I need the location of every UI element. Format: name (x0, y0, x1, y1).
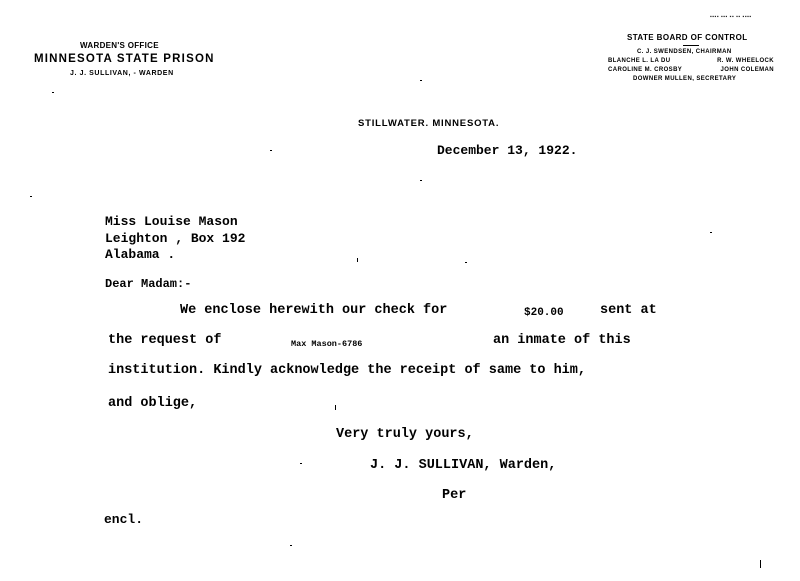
board-member: BLANCHE L. LA DU (608, 58, 671, 64)
board-title: STATE BOARD OF CONTROL (627, 33, 748, 42)
recipient-name: Miss Louise Mason (105, 214, 238, 229)
scan-speck (335, 405, 336, 410)
scan-speck (465, 262, 467, 263)
signature: J. J. SULLIVAN, Warden, (370, 458, 556, 473)
scan-speck (30, 196, 32, 197)
body-line-2: the request of (108, 333, 221, 348)
board-chairman: C. J. SWENDSEN, CHAIRMAN (637, 49, 732, 55)
place-line: STILLWATER. MINNESOTA. (358, 118, 499, 129)
scan-speck (710, 232, 712, 233)
body-line-1-end: sent at (600, 303, 657, 318)
scan-speck (760, 560, 761, 568)
board-divider (683, 45, 699, 46)
letterhead-warden: J. J. SULLIVAN, - WARDEN (70, 70, 174, 77)
board-member: CAROLINE M. CROSBY (608, 67, 682, 73)
scan-speck (270, 150, 272, 151)
letter-date: December 13, 1922. (437, 143, 577, 158)
body-line-2-end: an inmate of this (493, 333, 631, 348)
board-members-row: BLANCHE L. LA DU R. W. WHEELOCK (608, 58, 774, 64)
scan-speck (420, 180, 422, 181)
board-secretary: DOWNER MULLEN, SECRETARY (633, 76, 736, 82)
enclosure-note: encl. (104, 512, 143, 527)
board-members-row: CAROLINE M. CROSBY JOHN COLEMAN (608, 67, 774, 73)
recipient-state: Alabama . (105, 247, 175, 262)
scan-speck (357, 258, 358, 262)
closing: Very truly yours, (336, 427, 474, 442)
scan-speck (290, 545, 292, 546)
body-line-3: institution. Kindly acknowledge the rece… (108, 363, 586, 378)
check-amount: $20.00 (524, 307, 564, 319)
board-member: R. W. WHEELOCK (717, 58, 774, 64)
scan-speck (300, 463, 302, 464)
scan-speck (52, 92, 54, 93)
board-stamp: ▪▪▪▪ ▪▪▪ ▪▪ ▪▪ ▪▪▪▪ (710, 14, 752, 20)
recipient-address: Leighton , Box 192 (105, 231, 245, 246)
scan-speck (420, 80, 422, 81)
board-member: JOHN COLEMAN (721, 67, 774, 73)
body-line-1: We enclose herewith our check for (180, 303, 447, 318)
letterhead-office: WARDEN'S OFFICE (80, 41, 159, 50)
per-line: Per (442, 488, 466, 503)
salutation: Dear Madam:- (105, 277, 191, 291)
inmate-name: Max Mason-6786 (291, 339, 362, 349)
letterhead-institution: MINNESOTA STATE PRISON (34, 53, 215, 65)
body-line-4: and oblige, (108, 396, 197, 411)
